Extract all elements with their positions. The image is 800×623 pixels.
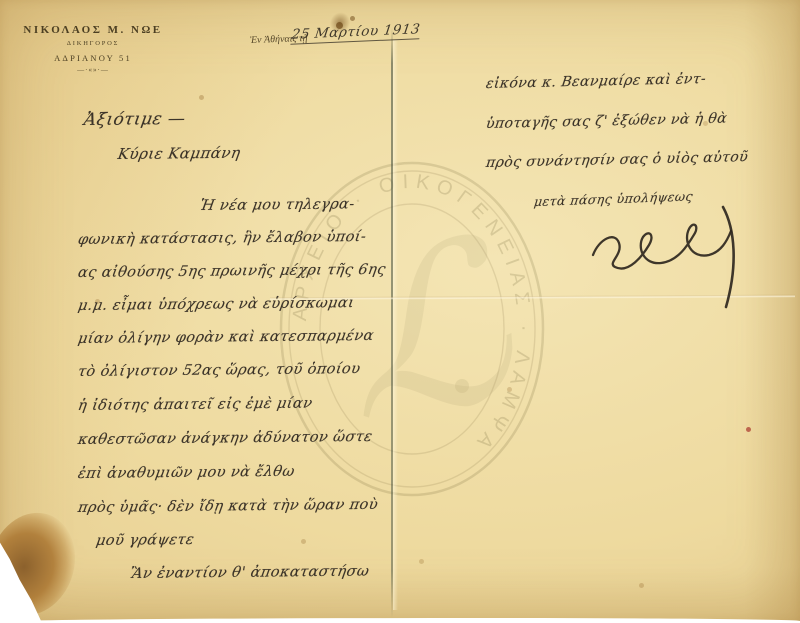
vertical-fold-line bbox=[391, 28, 393, 618]
fold-highlight bbox=[393, 40, 398, 610]
body-line: μοῦ γράψετε bbox=[95, 532, 196, 549]
scanned-letter: ΑΡΧΕΙΟ · ΟΙΚΟΓΕΝΕΙΑΣ · ΛΑΜΨΑ ℒ ΝΙΚΟΛΑΟΣ … bbox=[0, 0, 800, 623]
salutation-line-2: Κύριε Καμπάνη bbox=[117, 144, 242, 163]
age-spots bbox=[0, 0, 3, 3]
letterhead: ΝΙΚΟΛΑΟΣ Μ. ΝΩΕ ΔΙΚΗΓΟΡΟΣ ΑΔΡΙΑΝΟΥ 51 —·… bbox=[18, 24, 168, 74]
signature-flourish bbox=[585, 203, 755, 313]
body-line: ἐπὶ ἀναθυμιῶν μου νὰ ἔλθω bbox=[77, 464, 296, 482]
stamp-monogram-dot bbox=[455, 379, 469, 393]
letterhead-address: ΑΔΡΙΑΝΟΥ 51 bbox=[18, 53, 168, 63]
body-line: μ.μ. εἶμαι ὑπόχρεως νὰ εὑρίσκωμαι bbox=[77, 295, 356, 314]
paper-bottom-edge bbox=[0, 618, 800, 623]
body-line: καθεστῶσαν ἀνάγκην ἀδύνατον ὥστε bbox=[77, 429, 374, 448]
letterhead-ornament: —·«»·— bbox=[18, 66, 168, 74]
body-line: μίαν ὀλίγην φορὰν καὶ κατεσπαρμένα bbox=[77, 328, 375, 347]
letterhead-name: ΝΙΚΟΛΑΟΣ Μ. ΝΩΕ bbox=[18, 24, 168, 36]
body-line: τὸ ὀλίγιστον 52ας ὥρας, τοῦ ὁποίου bbox=[77, 361, 362, 380]
body-line: ας αἰθούσης 5ης πρωινῆς μέχρι τῆς 6ης bbox=[77, 262, 387, 281]
body-line: ἡ ἰδιότης ἀπαιτεῖ εἰς ἐμὲ μίαν bbox=[77, 396, 314, 414]
body-line: φωνικὴ κατάστασις, ἣν ἔλαβον ὑποί- bbox=[77, 229, 368, 248]
body-line: Ἡ νέα μου τηλεγρα- bbox=[199, 196, 356, 214]
body-line: πρὸς ὑμᾶς· δὲν ἴδῃ κατὰ τὴν ὥραν ποὺ bbox=[77, 497, 380, 516]
letterhead-title: ΔΙΚΗΓΟΡΟΣ bbox=[18, 40, 168, 47]
body-line: Ἂν ἐναντίον θ' ἀποκαταστήσω bbox=[129, 564, 371, 582]
salutation-line-1: Ἀξιότιμε — bbox=[82, 109, 187, 130]
